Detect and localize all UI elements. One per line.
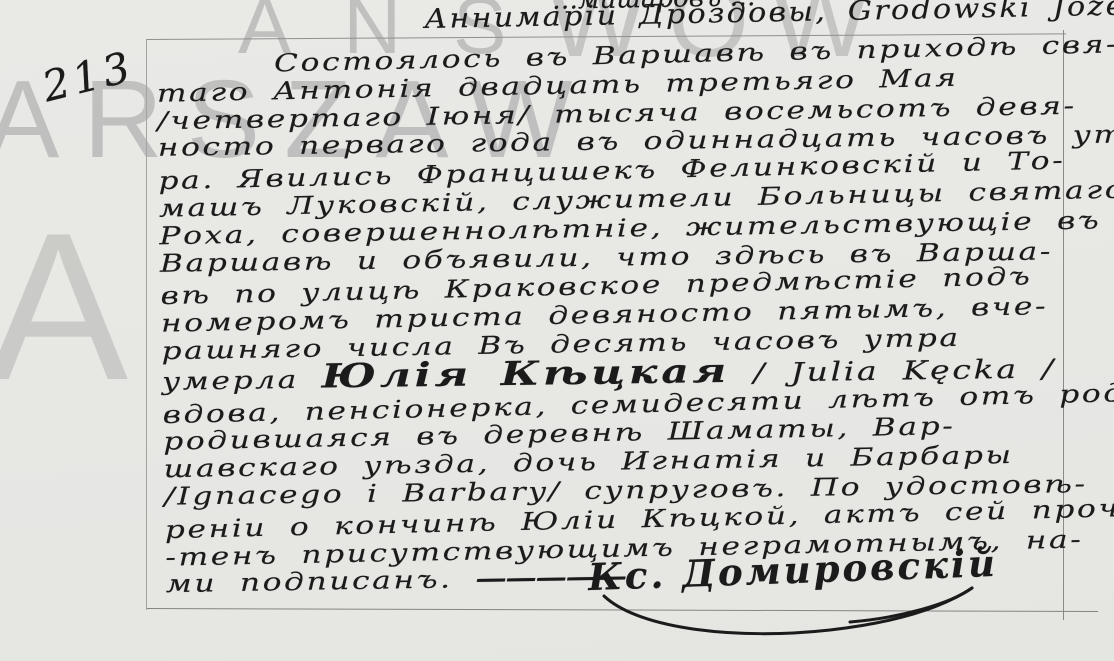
watermark-text: A	[0, 186, 128, 428]
text-segment: умерла	[162, 364, 322, 395]
cell-border-left	[146, 39, 147, 610]
signature-flourish	[600, 578, 980, 648]
text-segment: ми подписанъ.	[166, 564, 476, 598]
record-body-text: Состоялось въ Варшавѣ въ приходѣ свя-таг…	[156, 32, 1114, 600]
scanned-register-page: ANS WOW ARSZAW A …мишаровъ … Аннимаріи Д…	[0, 0, 1114, 661]
